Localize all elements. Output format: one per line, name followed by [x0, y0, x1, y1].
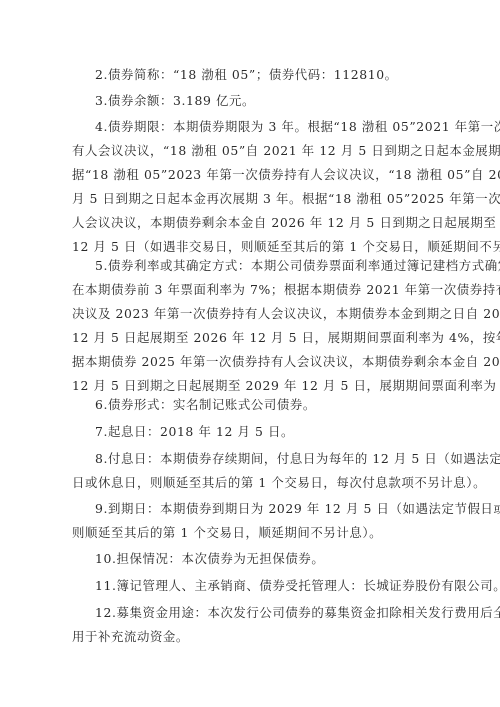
- text-line: 日或休息日，则顺延至其后的第 1 个交易日，每次付息款项不另计息）。: [72, 471, 432, 495]
- paragraph-item-7: 7.起息日：2018 年 12 月 5 日。: [72, 420, 432, 444]
- text-line: 有人会议决议，“18 渤租 05”自 2021 年 12 月 5 日到期之日起本…: [72, 139, 432, 163]
- paragraph-item-4: 4.债券期限：本期债券期限为 3 年。根据“18 渤租 05”2021 年第一次…: [72, 115, 432, 259]
- text-line: 9.到期日：本期债券到期日为 2029 年 12 月 5 日（如遇法定节假日或休…: [72, 497, 432, 521]
- text-line: 在本期债券前 3 年票面利率为 7%；根据本期债券 2021 年第一次债券持有人…: [72, 278, 432, 302]
- paragraph-item-11: 11.簿记管理人、主承销商、债券受托管理人：长城证券股份有限公司。: [72, 574, 432, 598]
- text-line: 3.债券余额：3.189 亿元。: [72, 89, 432, 113]
- text-line: 决议及 2023 年第一次债券持有人会议决议，本期债券本金到期之日自 2021 …: [72, 302, 432, 326]
- text-line: 2.债券简称：“18 渤租 05”；债券代码：112810。: [72, 63, 432, 87]
- text-line: 据“18 渤租 05”2023 年第一次债券持有人会议决议，“18 渤租 05”…: [72, 163, 432, 187]
- paragraph-item-6: 6.债券形式：实名制记账式公司债券。: [72, 393, 432, 417]
- paragraph-item-3: 3.债券余额：3.189 亿元。: [72, 89, 432, 113]
- text-line: 12.募集资金用途：本次发行公司债券的募集资金扣除相关发行费用后全部: [72, 601, 432, 625]
- paragraph-item-5: 5.债券利率或其确定方式：本期公司债券票面利率通过簿记建档方式确定，在本期债券前…: [72, 254, 432, 398]
- text-line: 4.债券期限：本期债券期限为 3 年。根据“18 渤租 05”2021 年第一次…: [72, 115, 432, 139]
- paragraph-item-2: 2.债券简称：“18 渤租 05”；债券代码：112810。: [72, 63, 432, 87]
- document-page: 2.债券简称：“18 渤租 05”；债券代码：112810。3.债券余额：3.1…: [0, 0, 500, 707]
- text-line: 用于补充流动资金。: [72, 625, 432, 649]
- text-line: 12 月 5 日起展期至 2026 年 12 月 5 日，展期期间票面利率为 4…: [72, 326, 432, 350]
- text-line: 据本期债券 2025 年第一次债券持有人会议决议，本期债券剩余本金自 2026 …: [72, 350, 432, 374]
- text-line: 6.债券形式：实名制记账式公司债券。: [72, 393, 432, 417]
- paragraph-item-12: 12.募集资金用途：本次发行公司债券的募集资金扣除相关发行费用后全部用于补充流动…: [72, 601, 432, 649]
- text-line: 8.付息日：本期债券存续期间，付息日为每年的 12 月 5 日（如遇法定节假: [72, 447, 432, 471]
- paragraph-item-9: 9.到期日：本期债券到期日为 2029 年 12 月 5 日（如遇法定节假日或休…: [72, 497, 432, 545]
- text-line: 7.起息日：2018 年 12 月 5 日。: [72, 420, 432, 444]
- text-line: 人会议决议，本期债券剩余本金自 2026 年 12 月 5 日到期之日起展期至 …: [72, 211, 432, 235]
- text-line: 月 5 日到期之日起本金再次展期 3 年。根据“18 渤租 05”2025 年第…: [72, 187, 432, 211]
- paragraph-item-10: 10.担保情况：本次债券为无担保债券。: [72, 547, 432, 571]
- paragraph-item-8: 8.付息日：本期债券存续期间，付息日为每年的 12 月 5 日（如遇法定节假日或…: [72, 447, 432, 495]
- text-line: 11.簿记管理人、主承销商、债券受托管理人：长城证券股份有限公司。: [72, 574, 432, 598]
- text-line: 5.债券利率或其确定方式：本期公司债券票面利率通过簿记建档方式确定，: [72, 254, 432, 278]
- text-line: 则顺延至其后的第 1 个交易日，顺延期间不另计息）。: [72, 521, 432, 545]
- text-line: 10.担保情况：本次债券为无担保债券。: [72, 547, 432, 571]
